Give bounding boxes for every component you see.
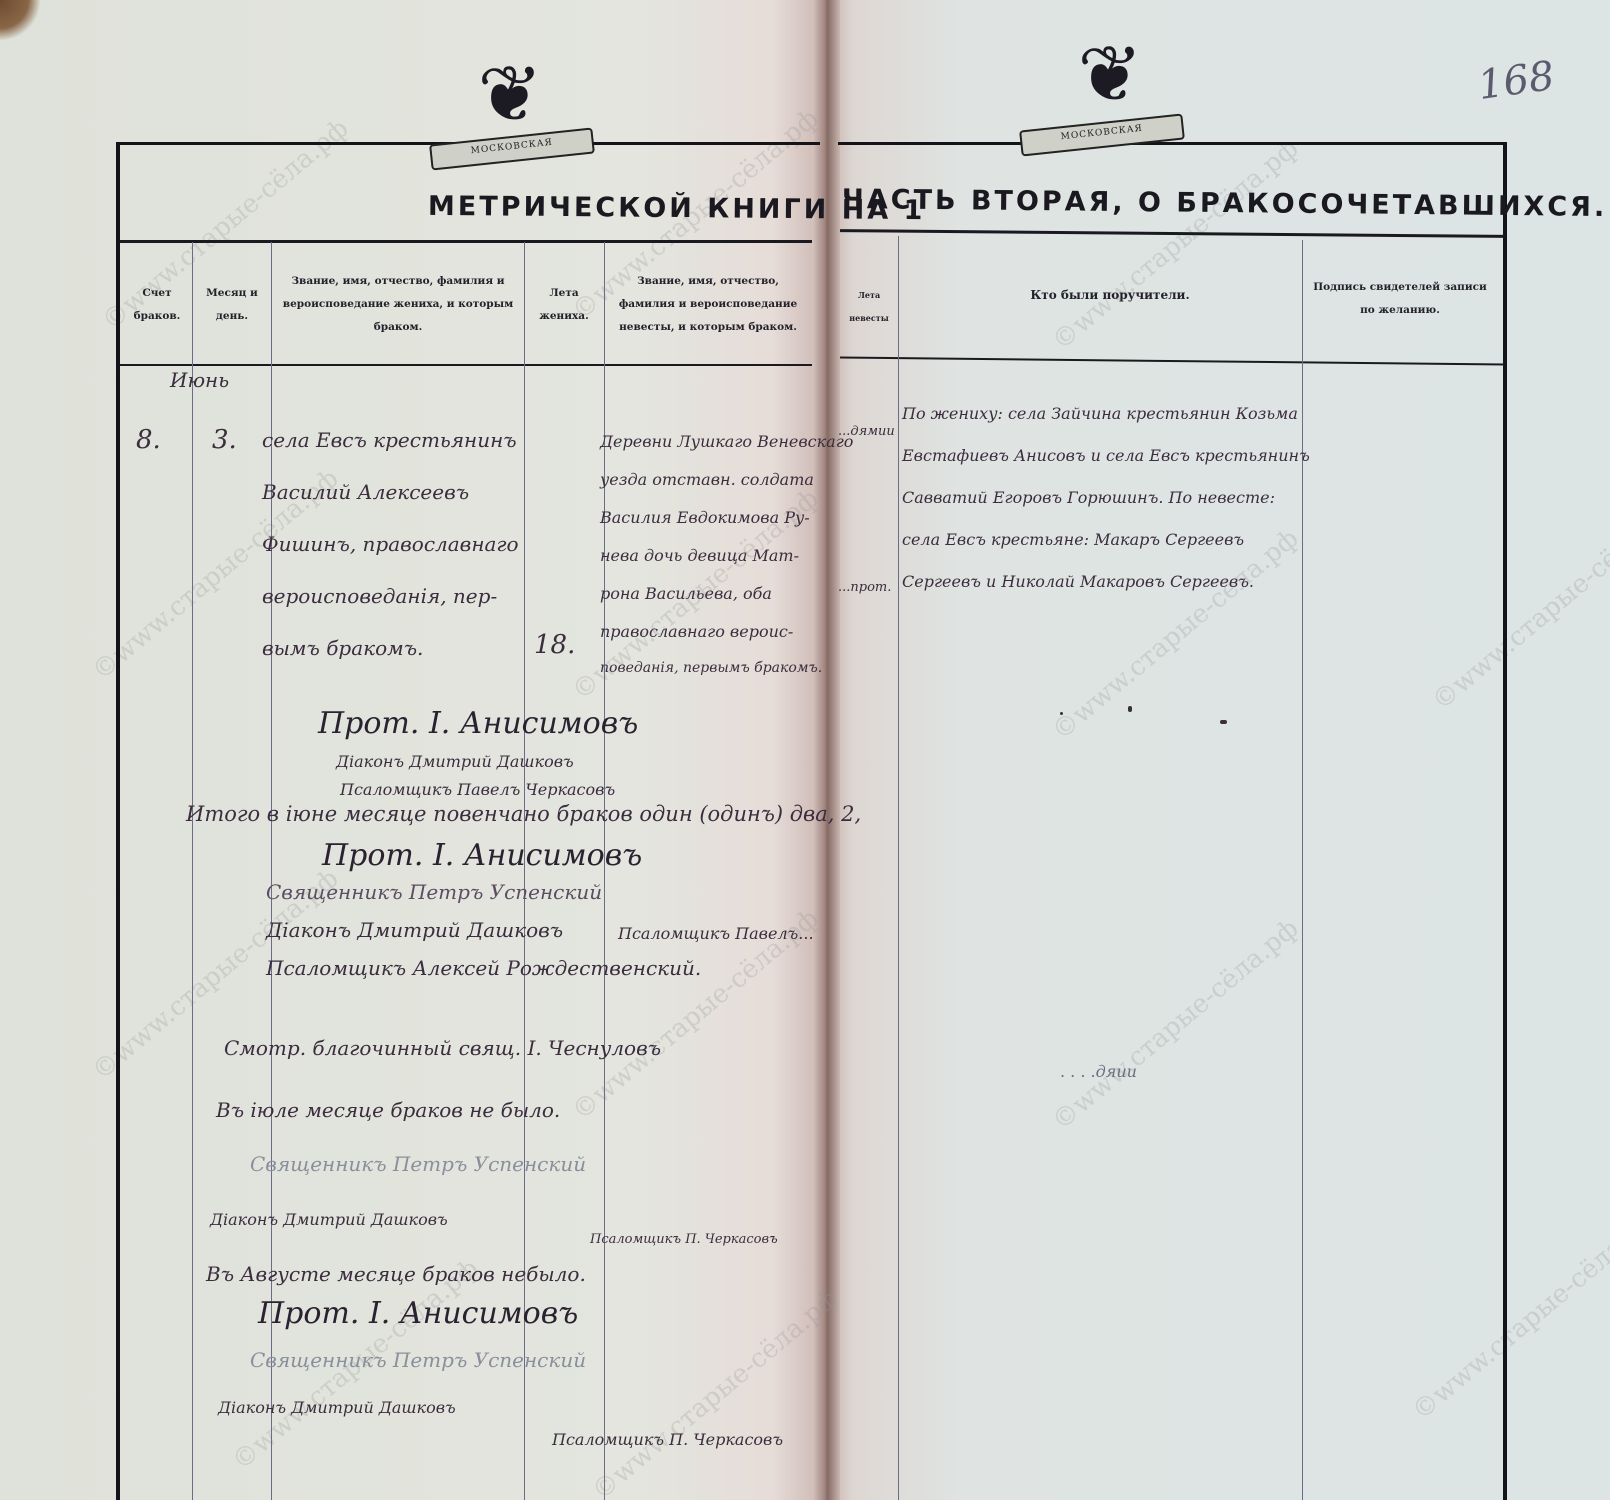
groom-line: вероисповеданія, пер- bbox=[262, 584, 497, 608]
margin-note: ...дямии bbox=[838, 424, 895, 439]
groom-line: вымъ бракомъ. bbox=[262, 636, 423, 660]
bride-line: Василия Евдокимова Ру- bbox=[600, 508, 810, 527]
bride-line: православнаго вероис- bbox=[600, 622, 793, 641]
faded-signature: Священникъ Петръ Успенский bbox=[250, 1348, 586, 1372]
bride-line: поведанія, первымъ бракомъ. bbox=[600, 660, 822, 676]
column-divider bbox=[898, 236, 899, 1500]
column-divider bbox=[192, 242, 193, 1500]
column-header-groom: Звание, имя, отчество, фамилия и вероисп… bbox=[276, 270, 520, 339]
witness-line: Сергеевъ и Николай Макаровъ Сергеевъ. bbox=[902, 572, 1254, 591]
witness-line: Евстафиевъ Анисовъ и села Евсъ крестьяни… bbox=[902, 446, 1310, 465]
column-header-count: Счет браков. bbox=[124, 282, 190, 328]
ink-mark bbox=[1220, 720, 1227, 724]
header-top-rule bbox=[120, 240, 812, 243]
column-header-month-day: Месяц и день. bbox=[196, 282, 268, 328]
right-page-frame bbox=[838, 142, 1507, 1500]
august-no-marriages-note: Въ Августе месяце браков небыло. bbox=[206, 1262, 586, 1286]
witness-line: села Евсъ крестьяне: Макаръ Сергеевъ bbox=[902, 530, 1244, 549]
july-no-marriages-note: Въ іюле месяце браков не было. bbox=[216, 1098, 560, 1122]
signature-priest: Священникъ Петръ Успенский bbox=[266, 880, 602, 904]
open-register-book: ©www.старые-сёла.рф ©www.старые-сёла.рф … bbox=[0, 0, 1610, 1500]
entry-day: 3. bbox=[212, 425, 237, 455]
bride-line: уезда отставн. солдата bbox=[600, 470, 814, 489]
page-corner bbox=[0, 0, 40, 40]
imperial-eagle-icon: ❦ bbox=[1050, 20, 1170, 130]
dean-inspection-note: Смотр. благочинный свящ. І. Чеснуловъ bbox=[224, 1036, 661, 1060]
entry-number: 8. bbox=[136, 425, 161, 455]
ink-mark bbox=[1060, 712, 1063, 715]
margin-note: ...прот. bbox=[838, 580, 891, 595]
signature-archpriest: Прот. І. Анисимовъ bbox=[318, 706, 638, 741]
witness-line: По жениху: села Зайчина крестьянин Козьм… bbox=[902, 404, 1298, 423]
ink-mark bbox=[1128, 706, 1132, 712]
signature-psalmist: Псаломщикъ Павелъ... bbox=[618, 924, 814, 943]
june-total-note: Итого в іюне месяце повенчано браков оди… bbox=[186, 802, 861, 826]
groom-line: Фишинъ, православнаго bbox=[262, 532, 519, 556]
bride-line: Деревни Лушкаго Веневскаго bbox=[600, 432, 853, 451]
signature-psalmist: Псаломщикъ П. Черкасовъ bbox=[590, 1232, 778, 1247]
signature-psalmist: Псаломщикъ Алексей Рождественский. bbox=[266, 956, 701, 980]
faded-note: . . . .дяии bbox=[1060, 1062, 1137, 1081]
signature-deacon: Діаконъ Дмитрий Дашковъ bbox=[218, 1398, 456, 1417]
bride-line: нева дочь девица Мат- bbox=[600, 546, 799, 565]
witness-line: Савватий Егоровъ Горюшинъ. По невесте: bbox=[902, 488, 1275, 507]
bride-line: рона Васильева, оба bbox=[600, 584, 772, 603]
column-header-bride-age: Лета невесты bbox=[842, 284, 896, 330]
column-header-groom-age: Лета жениха. bbox=[528, 282, 600, 328]
groom-line: Василий Алексеевъ bbox=[262, 480, 469, 504]
column-header-signatures: Подпись свидетелей записи по желанию. bbox=[1310, 276, 1490, 322]
column-divider bbox=[1302, 240, 1303, 1500]
column-header-witnesses: Кто были поручители. bbox=[960, 284, 1260, 307]
column-header-bride: Звание, имя, отчество, фамилия и вероисп… bbox=[608, 270, 808, 339]
signature-archpriest: Прот. І. Анисимовъ bbox=[322, 838, 642, 873]
signature-psalmist: Псаломщикъ Павелъ Черкасовъ bbox=[340, 780, 615, 799]
signature-psalmist: Псаломщикъ П. Черкасовъ bbox=[552, 1430, 783, 1449]
signature-deacon: Діаконъ Дмитрий Дашковъ bbox=[210, 1210, 448, 1229]
signature-deacon: Діаконъ Дмитрий Дашковъ bbox=[336, 752, 574, 771]
groom-line: села Евсъ крестьянинъ bbox=[262, 428, 517, 452]
entry-month: Июнь bbox=[170, 368, 229, 392]
signature-deacon: Діаконъ Дмитрий Дашковъ bbox=[266, 918, 563, 942]
header-bottom-rule bbox=[120, 364, 812, 366]
page-number: 168 bbox=[1475, 53, 1557, 109]
faded-signature: Священникъ Петръ Успенский bbox=[250, 1152, 586, 1176]
groom-age: 18. bbox=[534, 630, 575, 660]
signature-archpriest: Прот. І. Анисимовъ bbox=[258, 1296, 578, 1331]
